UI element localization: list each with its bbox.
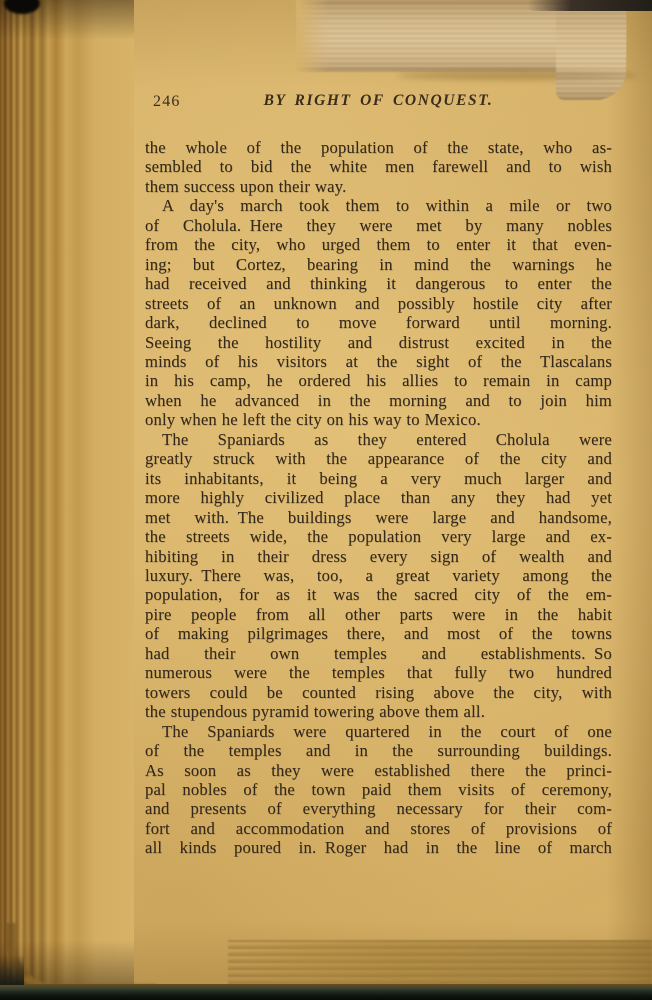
book-cover-bottom-edge [0, 984, 652, 1000]
text-line: more highly civilized place than any the… [145, 488, 612, 507]
text-line: the stupendous pyramid towering above th… [145, 702, 612, 721]
text-line: sembled to bid the white men farewell an… [145, 157, 612, 176]
text-line: population, for as it was the sacred cit… [145, 585, 612, 604]
text-line: met with. The buildings were large and h… [145, 508, 612, 527]
text-line: and presents of everything necessary for… [145, 799, 612, 818]
text-line: the whole of the population of the state… [145, 138, 612, 157]
text-line: ing; but Cortez, bearing in mind the war… [145, 255, 612, 274]
text-line: luxury. There was, too, a great variety … [145, 566, 612, 585]
text-line: only when he left the city on his way to… [145, 410, 612, 429]
text-line: streets of an unknown and possibly hosti… [145, 294, 612, 313]
text-line: greatly struck with the appearance of th… [145, 449, 612, 468]
text-line: of making pilgrimages there, and most of… [145, 624, 612, 643]
text-line: As soon as they were established there t… [145, 761, 612, 780]
text-line: of the temples and in the surrounding bu… [145, 741, 612, 760]
text-line: Seeing the hostility and distrust excite… [145, 333, 612, 352]
text-line: minds of his visitors at the sight of th… [145, 352, 612, 371]
text-line: the streets wide, the population very la… [145, 527, 612, 546]
running-header: 246 BY RIGHT OF CONQUEST. [145, 92, 612, 114]
text-line: pire people from all other parts were in… [145, 605, 612, 624]
page-curl-highlight-right [556, 0, 626, 100]
text-line: fort and accommodation and stores of pro… [145, 819, 612, 838]
book-page-scan: 246 BY RIGHT OF CONQUEST. the whole of t… [0, 0, 652, 1000]
text-line: when he advanced in the morning and to j… [145, 391, 612, 410]
text-line: hibiting in their dress every sign of we… [145, 547, 612, 566]
text-line: The Spaniards as they entered Cholula we… [145, 430, 612, 449]
text-line: from the city, who urged them to enter i… [145, 235, 612, 254]
text-line: A day's march took them to within a mile… [145, 196, 612, 215]
text-line: them success upon their way. [145, 177, 612, 196]
text-line: of Cholula. Here they were met by many n… [145, 216, 612, 235]
running-title: BY RIGHT OF CONQUEST. [145, 92, 612, 110]
text-line: had received and thinking it dangerous t… [145, 274, 612, 293]
scan-dark-edge-top-right [528, 0, 652, 11]
text-line: its inhabitants, it being a very much la… [145, 469, 612, 488]
text-line: towers could be counted rising above the… [145, 683, 612, 702]
book-spine-page-edges [0, 0, 134, 1000]
bottom-page-edge-streaks [228, 940, 652, 987]
page-curl-shadow [398, 71, 638, 80]
body-text: the whole of the population of the state… [145, 138, 612, 858]
bottom-left-page-curl [6, 923, 156, 991]
text-line: pal nobles of the town paid them visits … [145, 780, 612, 799]
text-line: in his camp, he ordered his allies to re… [145, 371, 612, 390]
text-line: dark, declined to move forward until mor… [145, 313, 612, 332]
text-line: The Spaniards were quartered in the cour… [145, 722, 612, 741]
text-line: all kinds poured in. Roger had in the li… [145, 838, 612, 857]
text-line: had their own temples and establishments… [145, 644, 612, 663]
text-line: numerous were the temples that fully two… [145, 663, 612, 682]
